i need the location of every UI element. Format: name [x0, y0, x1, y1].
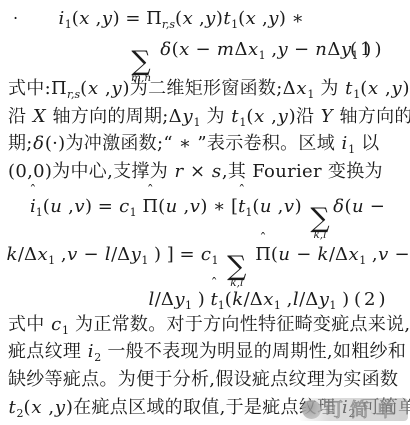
watermark: 可简单	[294, 395, 410, 424]
text-line-7: 缺纱等疵点。为便于分析,假设疵点纹理为实函数	[8, 367, 398, 393]
text-line-4: (0,0)为中心,支撑为 r × s,其 Fourier 变换为	[8, 159, 383, 185]
equation-number: (1)	[350, 37, 385, 63]
equation-number: (2)	[354, 287, 389, 313]
document-page: . i1(x ,y) = Πr,s(x ,y)t1(x ,y) ∗∑m,n δ(…	[0, 0, 410, 425]
hat-accent: ˆt	[210, 287, 217, 313]
eq1-line1: i1(x ,y) = Πr,s(x ,y)t1(x ,y) ∗	[58, 6, 304, 38]
hat-accent: ˆi	[30, 194, 36, 220]
watermark-text: 可简单	[324, 395, 402, 422]
eq2-line2: k/Δx1 ,v − l/Δy1 ) ] = c1 ∑k,l ˆΠ(u − k/…	[6, 242, 410, 288]
summation-symbol: ∑k,l	[227, 255, 246, 288]
hat-accent: ˆΠ	[142, 194, 158, 220]
hat-accent: ˆt	[238, 194, 245, 220]
eq2-line1: ˆi1(u ,v) = c1 ˆΠ(u ,v) ∗ [ˆt1(u ,v) ∑k,…	[30, 194, 385, 240]
stray-dot: .	[13, 4, 18, 23]
watermark-logo-icon	[302, 400, 321, 419]
summation-symbol: ∑k,l	[310, 207, 329, 240]
hat-accent: ˆΠ	[255, 242, 271, 268]
